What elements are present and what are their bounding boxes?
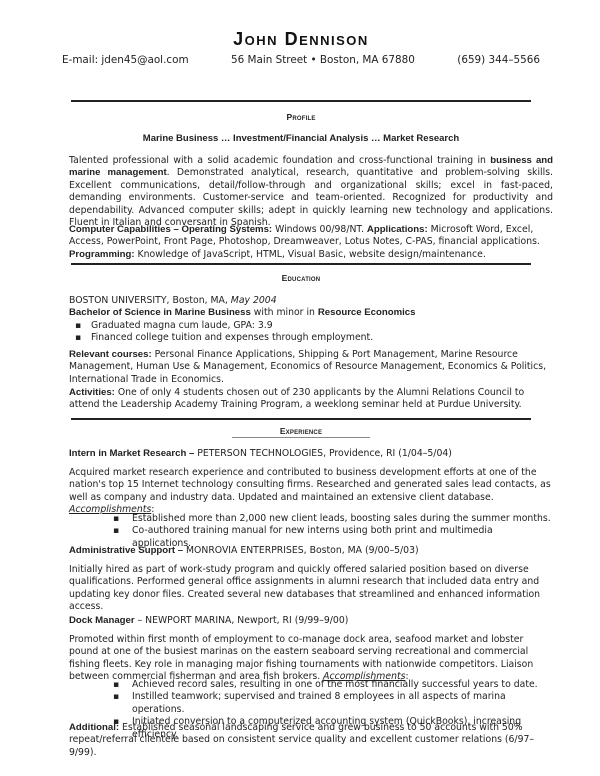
list-item: Achieved record sales, resulting in one … (69, 679, 553, 691)
profile-summary: Talented professional with a solid acade… (69, 155, 553, 229)
job-description-3: Promoted within first month of employmen… (69, 634, 553, 684)
education-bullets: Graduated magna cum laude, GPA: 3.9 Fina… (69, 320, 553, 345)
divider (71, 100, 531, 102)
divider (71, 418, 531, 420)
divider (71, 263, 531, 265)
phone: (659) 344–5566 (457, 54, 540, 66)
profile-heading: Profile (71, 112, 531, 122)
job-title-2: Administrative Support – MONROVIA ENTERP… (69, 545, 553, 557)
experience-heading: Experience (71, 426, 531, 436)
job-title-3: Dock Manager – NEWPORT MARINA, Newport, … (69, 615, 553, 627)
computer-capabilities: Computer Capabilities – Operating System… (69, 224, 553, 261)
candidate-name: John Dennison (71, 29, 531, 50)
email: E-mail: jden45@aol.com (62, 54, 189, 66)
list-item: Financed college tuition and expenses th… (69, 332, 553, 344)
job-title-1: Intern in Market Research – PETERSON TEC… (69, 448, 553, 460)
list-item: Graduated magna cum laude, GPA: 3.9 (69, 320, 553, 332)
list-item: Instilled teamwork; supervised and train… (69, 691, 553, 716)
contact-line: E-mail: jden45@aol.com 56 Main Street • … (62, 54, 540, 66)
job-description-2: Initially hired as part of work-study pr… (69, 564, 553, 614)
education-school: BOSTON UNIVERSITY, Boston, MA, May 2004B… (69, 295, 553, 320)
address: 56 Main Street • Boston, MA 67880 (231, 54, 415, 66)
additional-experience: Additional: Established seasonal landsca… (69, 722, 553, 759)
relevant-courses: Relevant courses: Personal Finance Appli… (69, 349, 553, 386)
job-description-1: Acquired market research experience and … (69, 467, 553, 517)
education-heading: Education (71, 273, 531, 283)
list-item: Established more than 2,000 new client l… (69, 513, 553, 525)
activities: Activities: One of only 4 students chose… (69, 387, 553, 412)
profile-headline: Marine Business … Investment/Financial A… (71, 133, 531, 144)
